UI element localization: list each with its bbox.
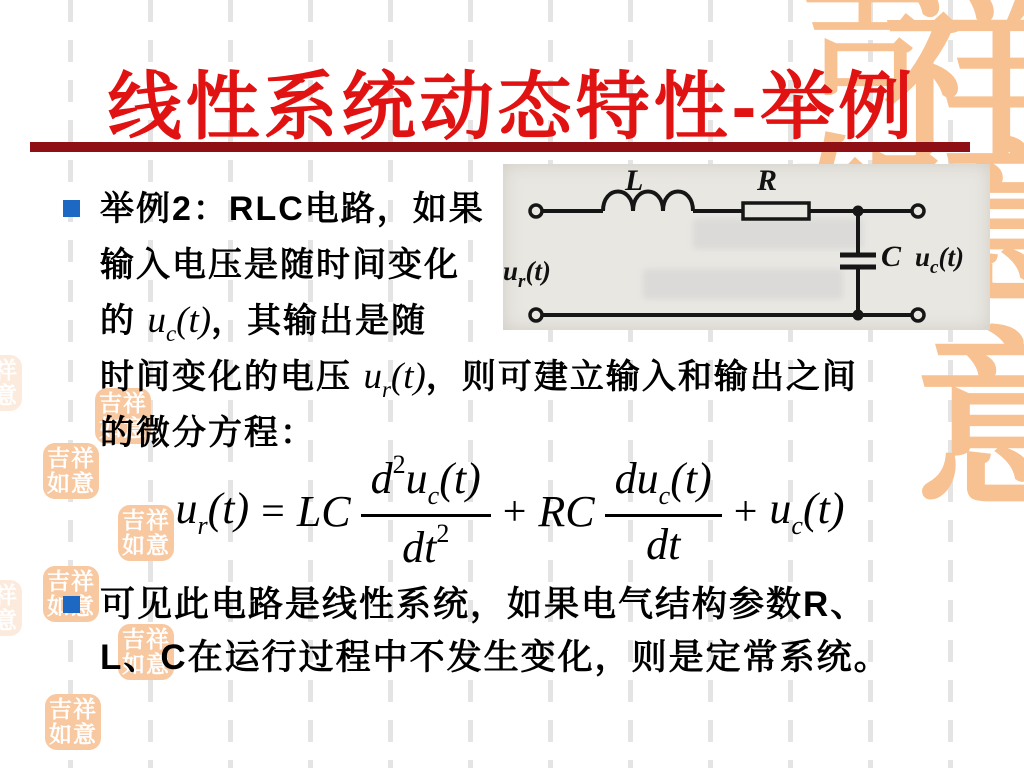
resistor — [743, 203, 809, 219]
plus-sign: + — [732, 488, 760, 536]
bullet-square-2 — [63, 596, 80, 613]
seal-stamp: 吉祥如意 — [43, 566, 99, 622]
plus-sign: + — [501, 488, 529, 536]
differential-equation: ur(t) = LC d2uc(t) dt2 + RC duc(t) dt + … — [100, 450, 920, 573]
seal-stamp-partial: 吉祥如意 — [0, 580, 22, 636]
terminal-top-left — [530, 205, 542, 217]
eq-rhs-term: uc(t) — [769, 483, 844, 541]
seal-stamp: 吉祥如意 — [43, 443, 99, 499]
terminal-bottom-left — [530, 309, 542, 321]
terminal-top-right — [912, 205, 924, 217]
coefficient-LC: LC — [297, 486, 351, 537]
seal-stamp-partial: 吉祥如意 — [0, 355, 22, 411]
inline-math-ur: ur(t) — [363, 356, 425, 397]
slide-title: 线性系统动态特性-举例 — [0, 48, 1024, 154]
fraction-second-derivative: d2uc(t) dt2 — [361, 450, 491, 573]
seal-stamp: 吉祥如意 — [45, 694, 101, 750]
body-line-4: 时间变化的电压 ur(t)，则可建立输入和输出之间 — [100, 355, 858, 412]
output-voltage-label: uc(t) — [915, 244, 964, 277]
body-line-2: 输入电压是随时间变化 — [100, 243, 460, 287]
bullet-square-1 — [63, 200, 80, 217]
inductor — [603, 192, 693, 212]
circuit-figure: L R C uc(t) ur(t) — [503, 164, 990, 330]
inductor-label: L — [625, 166, 643, 196]
body-line-1: 举例2：RLC电路，如果 — [100, 187, 485, 231]
fraction-first-derivative: duc(t) dt — [605, 453, 722, 570]
eq-lhs: ur(t) — [175, 483, 249, 541]
title-underline — [30, 142, 970, 152]
body-line-5: 的微分方程： — [100, 411, 316, 455]
slide: { "title": "线性系统动态特性-举例", "bullets": { "… — [0, 0, 1024, 768]
terminal-bottom-right — [912, 309, 924, 321]
inline-math-uc: uc(t) — [147, 300, 211, 341]
junction-dot-top — [853, 206, 864, 217]
coefficient-RC: RC — [538, 486, 594, 537]
body-line-7: L、C在运行过程中不发生变化，则是定常系统。 — [100, 636, 891, 680]
equals-sign: = — [259, 488, 287, 536]
body-line-6: 可见此电路是线性系统，如果电气结构参数R、 — [100, 583, 867, 627]
watermark-glyph-yi: 意 — [915, 330, 1024, 520]
body-line-3: 的 uc(t)，其输出是随 — [100, 299, 427, 356]
resistor-label: R — [757, 166, 777, 196]
input-voltage-label: ur(t) — [503, 258, 551, 291]
junction-dot-bottom — [853, 310, 864, 321]
capacitor-label: C — [881, 242, 901, 272]
